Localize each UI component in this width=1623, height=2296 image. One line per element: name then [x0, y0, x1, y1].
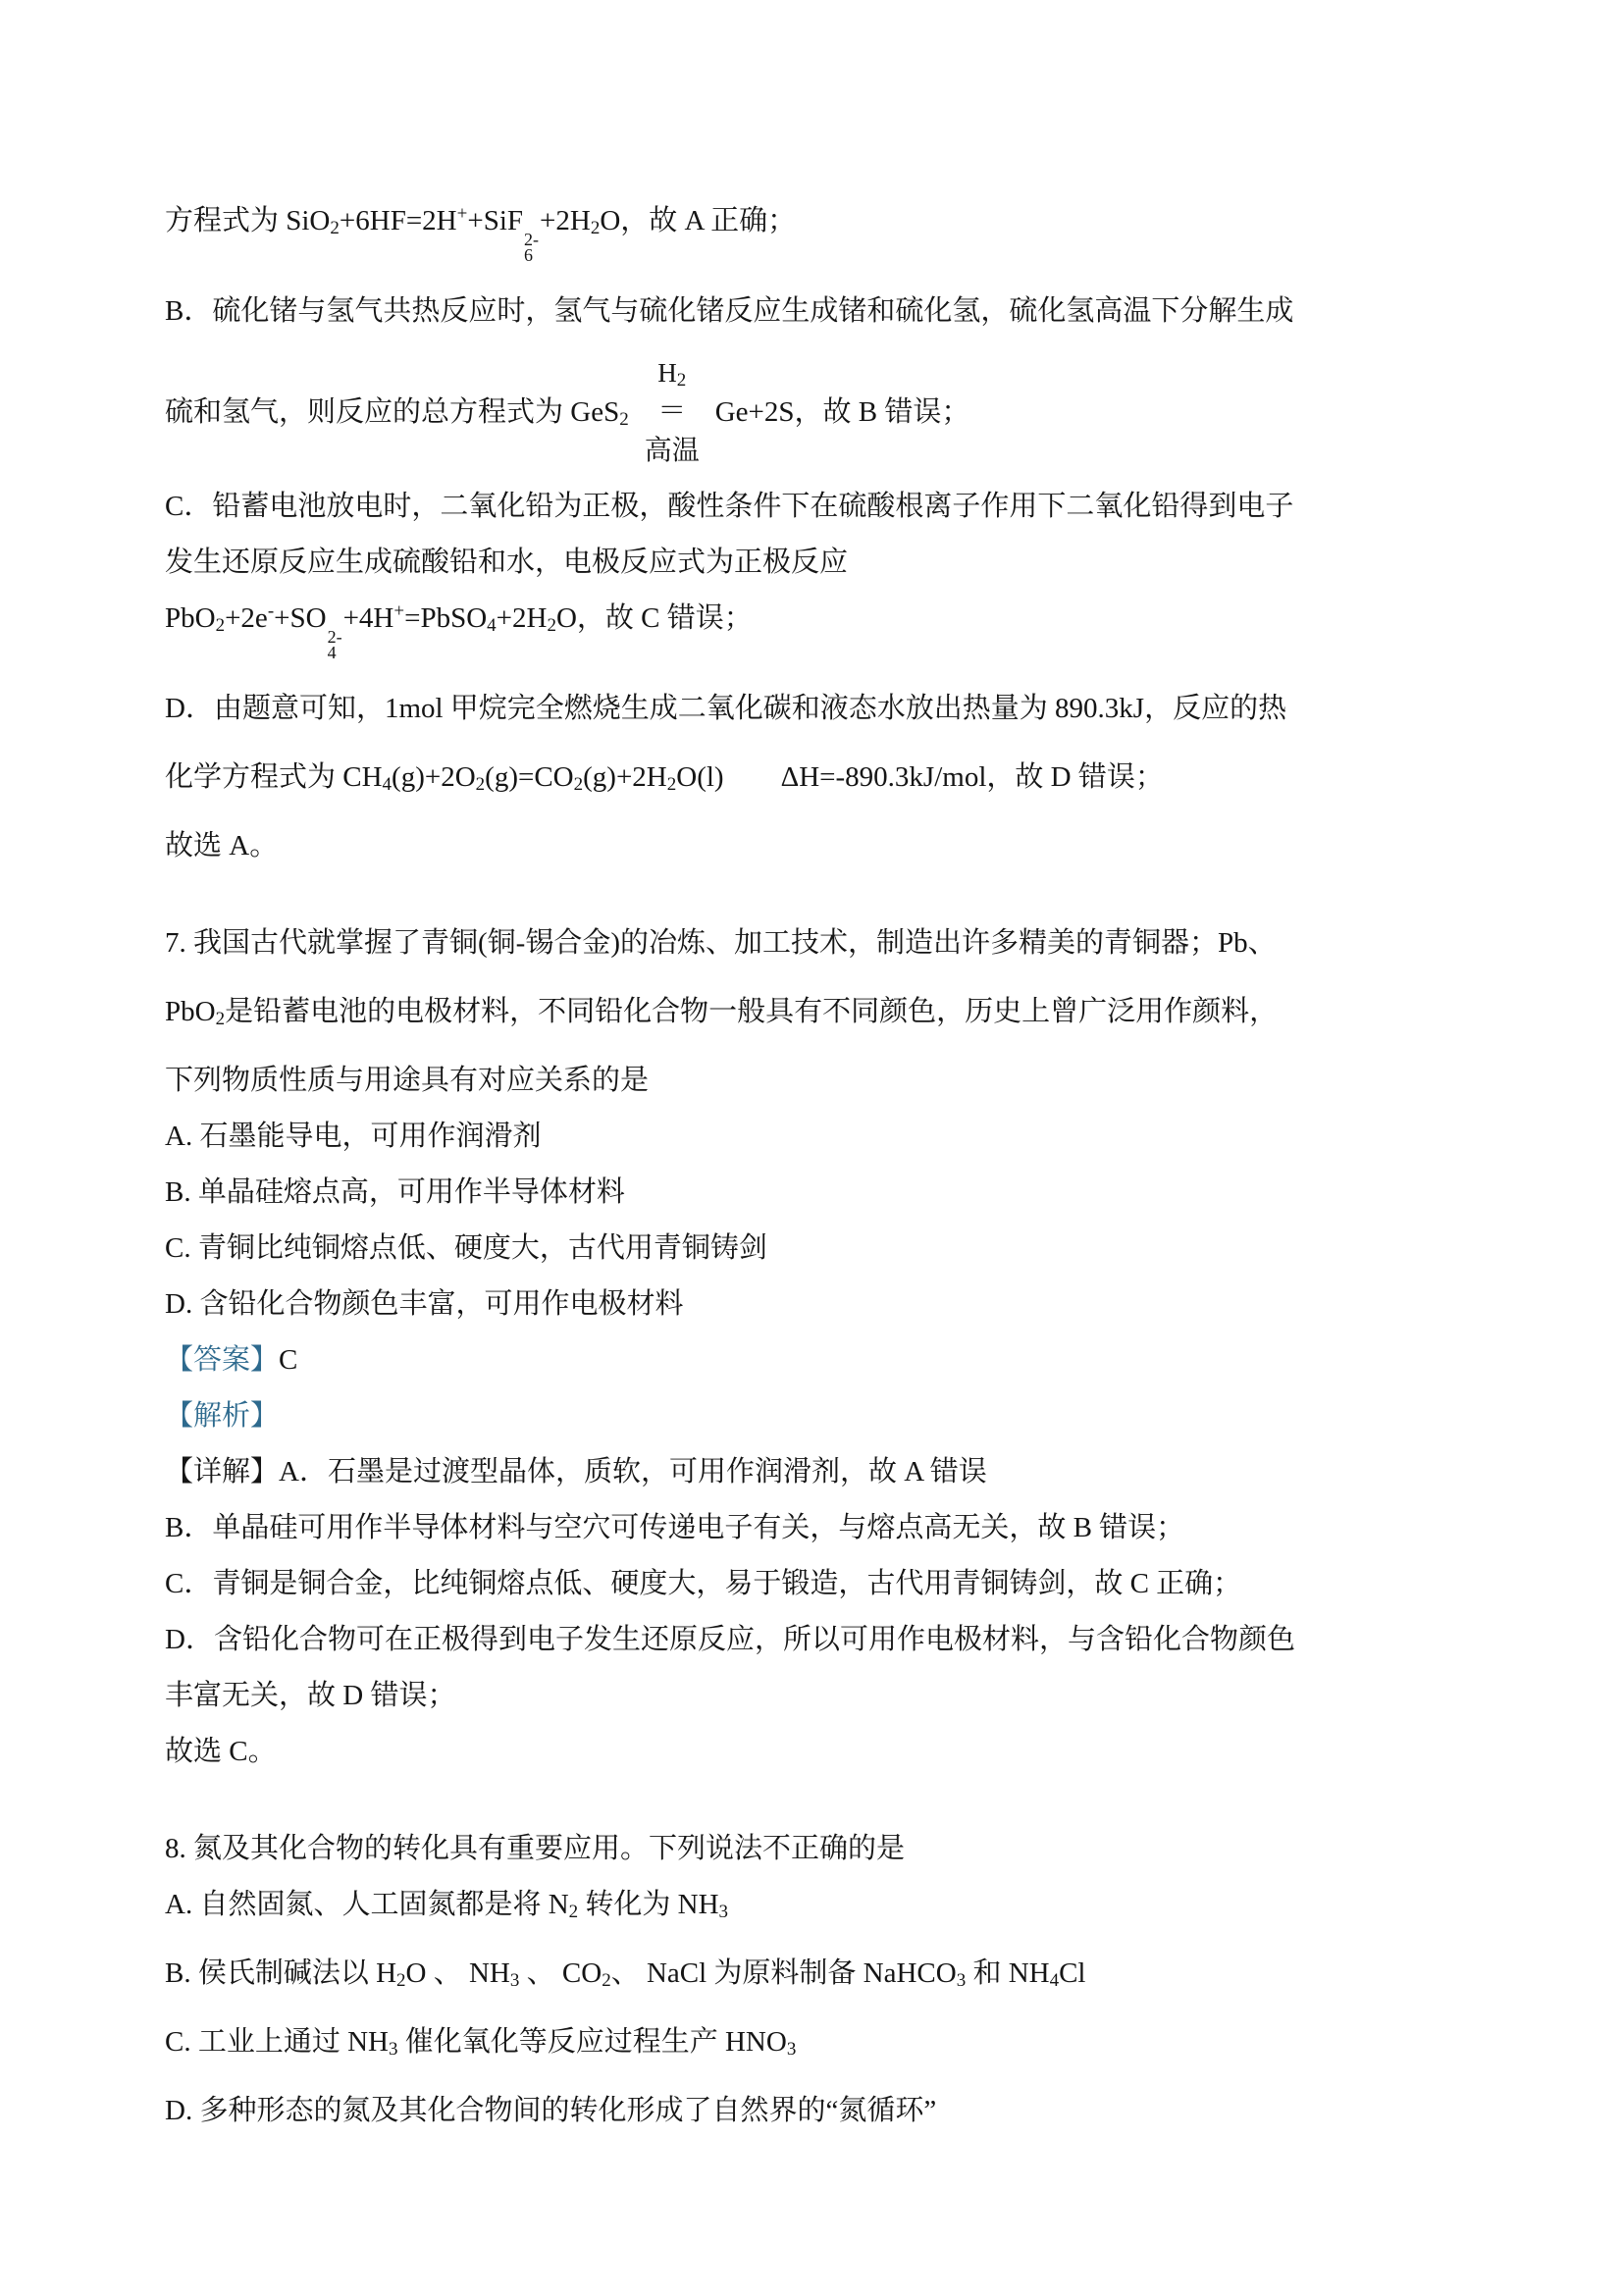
text-line: A. 自然固氮、人工固氮都是将 N2 转化为 NH3: [165, 1885, 1481, 1925]
question-8: 8. 氮及其化合物的转化具有重要应用。下列说法不正确的是A. 自然固氮、人工固氮…: [165, 1829, 1481, 2131]
question-6-explanation-tail: 方程式为 SiO2+6HF=2H++SiF2-6+2H2O，故 A 正确；B．硫…: [165, 201, 1481, 866]
text-line: 发生还原反应生成硫酸铅和水，电极反应式为正极反应: [165, 543, 1481, 583]
equation-line: 硫和氢气，则反应的总方程式为 GeS2H2＝高温Ge+2S，故 B 错误；: [165, 360, 1481, 465]
text-line: B. 单晶硅熔点高，可用作半导体材料: [165, 1173, 1481, 1213]
text-line: D. 多种形态的氮及其化合物间的转化形成了自然界的“氮循环”: [165, 2091, 1481, 2131]
reaction-condition-stack: H2＝高温: [645, 360, 700, 465]
text-line: B．单晶硅可用作半导体材料与空穴可传递电子有关，与熔点高无关，故 B 错误；: [165, 1508, 1481, 1548]
text-line: 故选 C。: [165, 1732, 1481, 1772]
equation-before-text: 硫和氢气，则反应的总方程式为 GeS2: [165, 392, 629, 433]
text-line: C．铅蓄电池放电时，二氧化铅为正极，酸性条件下在硫酸根离子作用下二氧化铅得到电子: [165, 487, 1481, 527]
stacked-charge-index: 2-6: [524, 232, 539, 263]
answer-line: 【答案】C: [165, 1340, 1481, 1381]
stacked-charge-index: 2-4: [328, 629, 342, 660]
text-line: D．由题意可知，1mol 甲烷完全燃烧生成二氧化碳和液态水放出热量为 890.3…: [165, 689, 1481, 729]
text-line: 7. 我国古代就掌握了青铜(铜-锡合金)的冶炼、加工技术，制造出许多精美的青铜器…: [165, 923, 1481, 964]
text-line: B. 侯氏制碱法以 H2O 、 NH3 、 CO2、 NaCl 为原料制备 Na…: [165, 1954, 1481, 1994]
label-value: C: [279, 1344, 297, 1376]
question-7: 7. 我国古代就掌握了青铜(铜-锡合金)的冶炼、加工技术，制造出许多精美的青铜器…: [165, 923, 1481, 1772]
condition-below: 高温: [645, 438, 700, 465]
condition-above: H2: [657, 360, 686, 387]
text-line: D. 含铅化合物颜色丰富，可用作电极材料: [165, 1284, 1481, 1325]
bracket-label: 【解析】: [165, 1400, 279, 1432]
text-line: 化学方程式为 CH4(g)+2O2(g)=CO2(g)+2H2O(l) ΔH=-…: [165, 757, 1481, 798]
text-line: B．硫化锗与氢气共热反应时，氢气与硫化锗反应生成锗和硫化氢，硫化氢高温下分解生成: [165, 291, 1481, 332]
text-line: 丰富无关，故 D 错误；: [165, 1676, 1481, 1716]
equals-sign: ＝: [657, 396, 686, 426]
text-line: 下列物质性质与用途具有对应关系的是: [165, 1061, 1481, 1101]
text-line: PbO2是铅蓄电池的电极材料，不同铅化合物一般具有不同颜色，历史上曾广泛用作颜料…: [165, 992, 1481, 1032]
bracket-label: 【答案】: [165, 1344, 279, 1376]
text-line: D．含铅化合物可在正极得到电子发生还原反应，所以可用作电极材料，与含铅化合物颜色: [165, 1620, 1481, 1660]
text-line: 方程式为 SiO2+6HF=2H++SiF2-6+2H2O，故 A 正确；: [165, 201, 1481, 263]
text-line: C．青铜是铜合金，比纯铜熔点低、硬度大，易于锻造，古代用青铜铸剑，故 C 正确；: [165, 1564, 1481, 1604]
text-line: 【详解】A．石墨是过渡型晶体，质软，可用作润滑剂，故 A 错误: [165, 1452, 1481, 1492]
text-line: C. 工业上通过 NH3 催化氧化等反应过程生产 HNO3: [165, 2022, 1481, 2062]
text-line: 故选 A。: [165, 826, 1481, 866]
text-line: PbO2+2e-+SO2-4+4H+=PbSO4+2H2O，故 C 错误；: [165, 599, 1481, 660]
exam-document: 方程式为 SiO2+6HF=2H++SiF2-6+2H2O，故 A 正确；B．硫…: [165, 201, 1481, 2131]
analysis-line: 【解析】: [165, 1396, 1481, 1436]
text-line: C. 青铜比纯铜熔点低、硬度大，古代用青铜铸剑: [165, 1228, 1481, 1269]
text-line: A. 石墨能导电，可用作润滑剂: [165, 1117, 1481, 1157]
text-line: 8. 氮及其化合物的转化具有重要应用。下列说法不正确的是: [165, 1829, 1481, 1869]
document-page: 方程式为 SiO2+6HF=2H++SiF2-6+2H2O，故 A 正确；B．硫…: [0, 0, 1623, 2296]
equation-after-text: Ge+2S，故 B 错误；: [715, 392, 970, 433]
